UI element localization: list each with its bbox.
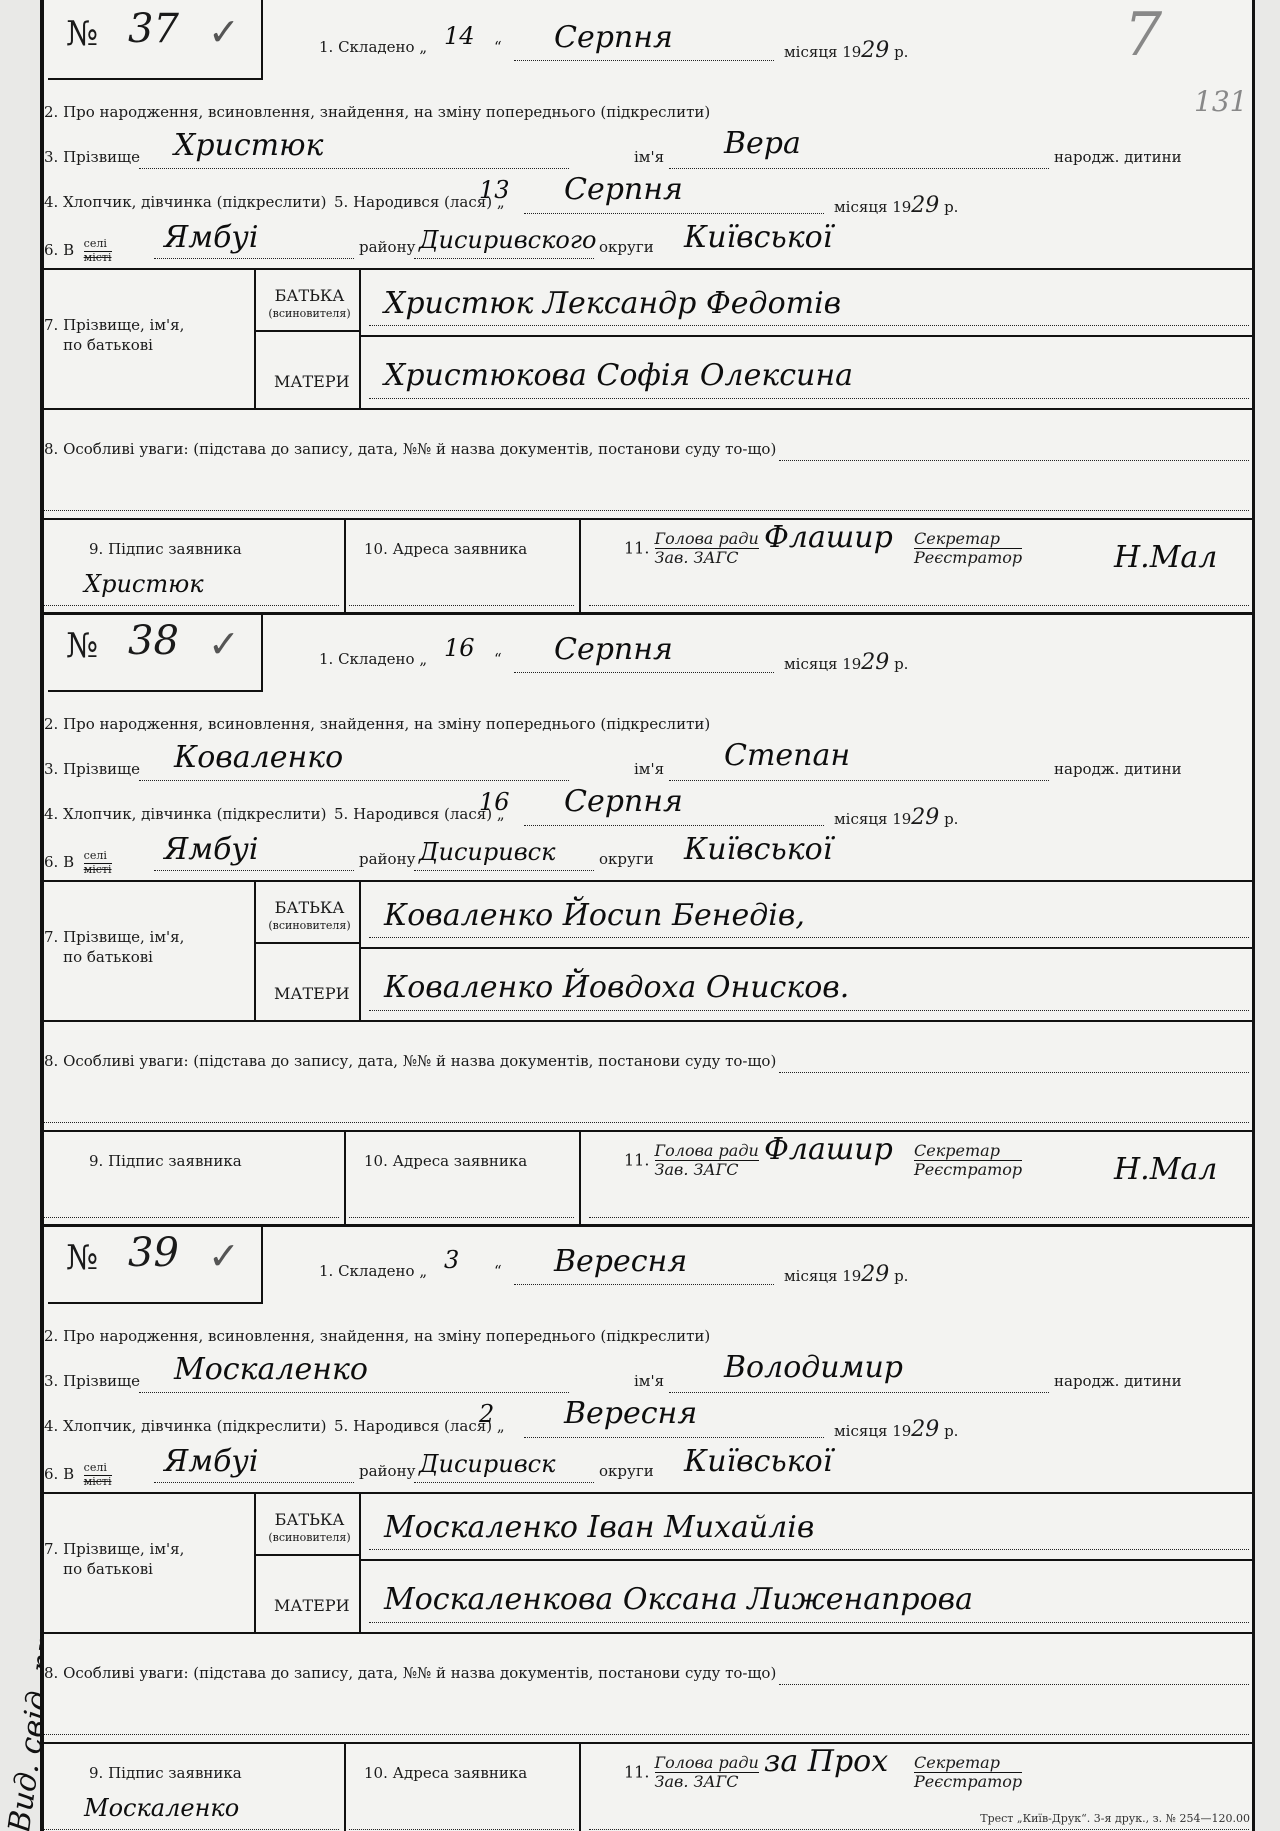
surname: Христюк (174, 128, 323, 163)
mother-label: МАТЕРИ (274, 1596, 350, 1615)
given-name: Вера (724, 126, 801, 161)
birth-month: Вересня (564, 1396, 697, 1431)
f7-label: 7. Прізвище, ім'я, по батькові (44, 1539, 184, 1579)
okrug: Київської (684, 220, 832, 255)
f10-label: 10. Адреса заявника (364, 1764, 527, 1782)
given-name-label: ім'я (634, 760, 664, 778)
birth-month: Серпня (564, 172, 683, 207)
applicant-signature: Христюк (84, 570, 204, 598)
f3-label: 3. Прізвище (44, 1372, 140, 1390)
okrug: Київської (684, 1444, 832, 1479)
f8-label: 8. Особливі уваги: (підстава до запису, … (44, 440, 776, 458)
f8-label: 8. Особливі уваги: (підстава до запису, … (44, 1052, 776, 1070)
f10-label: 10. Адреса заявника (364, 540, 527, 558)
record-number: 37 (128, 6, 179, 52)
check-mark-icon: ✓ (208, 622, 240, 666)
check-mark-icon: ✓ (208, 10, 240, 54)
composed-month: Вересня (554, 1244, 687, 1279)
composed-day: 14 (444, 22, 475, 50)
f7-label: 7. Прізвище, ім'я, по батькові (44, 315, 184, 355)
f1-month-label: місяця 1929 р. (784, 1262, 908, 1287)
mother-label: МАТЕРИ (274, 372, 350, 391)
f3-suffix: народж. дитини (1054, 148, 1182, 166)
f2-label: 2. Про народження, всиновлення, знайденн… (44, 715, 710, 733)
f9-label: 9. Підпис заявника (89, 1152, 242, 1170)
mother-label: МАТЕРИ (274, 984, 350, 1003)
district-label: району (359, 850, 415, 868)
head-signature: за Прох (764, 1744, 888, 1779)
secretary-label: СекретарРеєстратор (914, 530, 1022, 568)
head-signature: Флашир (764, 520, 893, 555)
district: Дисиривского (419, 226, 596, 254)
father-label: БАТЬКА(всиновителя) (262, 1512, 357, 1546)
f4-label: 4. Хлопчик, дівчинка (підкреслити) (44, 193, 326, 211)
mother-name: Коваленко Йовдоха Онисков. (384, 970, 849, 1005)
secretary-label: СекретарРеєстратор (914, 1142, 1022, 1180)
f3-suffix: народж. дитини (1054, 760, 1182, 778)
mother-name: Москаленкова Оксана Лиженапрова (384, 1582, 973, 1617)
okrug-label: округи (599, 238, 654, 256)
father-name: Москаленко Іван Михайлів (384, 1510, 814, 1545)
father-name: Христюк Лександр Федотів (384, 286, 841, 321)
number-sign: № (66, 626, 98, 666)
f3-suffix: народж. дитини (1054, 1372, 1182, 1390)
father-label: БАТЬКА(всиновителя) (262, 900, 357, 934)
f11-label: 11. Голова радиЗав. ЗАГС (624, 1754, 759, 1792)
number-sign: № (66, 1238, 98, 1278)
quote-close: “ (494, 38, 502, 56)
birth-day: 16 (479, 788, 510, 816)
district-label: району (359, 238, 415, 256)
record-number-box: № 39 ✓ (48, 1224, 263, 1304)
f1-month-label: місяця 1929 р. (784, 650, 908, 675)
composed-day: 16 (444, 634, 475, 662)
okrug: Київської (684, 832, 832, 867)
birth-record: № 37 ✓ 1. Складено „ 14 “ Серпня місяця … (44, 0, 1255, 612)
district-label: району (359, 1462, 415, 1480)
birth-month: Серпня (564, 784, 683, 819)
f6-label: 6. В селімісті (44, 1462, 112, 1488)
number-sign: № (66, 14, 98, 54)
f2-label: 2. Про народження, всиновлення, знайденн… (44, 1327, 710, 1345)
birth-record: № 38 ✓ 1. Складено „ 16 “ Серпня місяця … (44, 612, 1255, 1224)
f9-label: 9. Підпис заявника (89, 540, 242, 558)
f1-label: 1. Складено „ (319, 1262, 427, 1280)
f11-label: 11. Голова радиЗав. ЗАГС (624, 530, 759, 568)
f5-month-label: місяця 1929 р. (834, 193, 958, 218)
f4-label: 4. Хлопчик, дівчинка (підкреслити) (44, 1417, 326, 1435)
father-name: Коваленко Йосип Бенедів, (384, 898, 805, 933)
f2-label: 2. Про народження, всиновлення, знайденн… (44, 103, 710, 121)
f3-label: 3. Прізвище (44, 148, 140, 166)
f1-month-label: місяця 1929 р. (784, 38, 908, 63)
record-number-box: № 38 ✓ (48, 612, 263, 692)
f6-label: 6. В селімісті (44, 238, 112, 264)
composed-month: Серпня (554, 20, 673, 55)
record-number: 38 (128, 618, 179, 664)
composed-month: Серпня (554, 632, 673, 667)
f8-label: 8. Особливі уваги: (підстава до запису, … (44, 1664, 776, 1682)
record-number-box: № 37 ✓ (48, 0, 263, 80)
f5-month-label: місяця 1929 р. (834, 805, 958, 830)
secretary-signature: Н.Мал (1114, 540, 1217, 575)
given-name-label: ім'я (634, 1372, 664, 1390)
f5-month-label: місяця 1929 р. (834, 1417, 958, 1442)
okrug-label: округи (599, 850, 654, 868)
village: Ямбуі (164, 832, 258, 867)
quote-close: “ (494, 650, 502, 668)
surname: Москаленко (174, 1352, 368, 1387)
surname: Коваленко (174, 740, 343, 775)
birth-day: 2 (479, 1400, 494, 1428)
printer-imprint: Трест „Київ-Друк“. 3-я друк., з. № 254—1… (980, 1812, 1250, 1825)
record-number: 39 (128, 1230, 179, 1276)
f9-label: 9. Підпис заявника (89, 1764, 242, 1782)
secretary-signature: Н.Мал (1114, 1152, 1217, 1187)
father-label: БАТЬКА(всиновителя) (262, 288, 357, 322)
quote-close: “ (494, 1262, 502, 1280)
secretary-label: СекретарРеєстратор (914, 1754, 1022, 1792)
okrug-label: округи (599, 1462, 654, 1480)
f11-label: 11. Голова радиЗав. ЗАГС (624, 1142, 759, 1180)
district: Дисиривск (419, 1450, 555, 1478)
district: Дисиривск (419, 838, 555, 866)
village: Ямбуі (164, 1444, 258, 1479)
given-name: Степан (724, 738, 850, 773)
f4-label: 4. Хлопчик, дівчинка (підкреслити) (44, 805, 326, 823)
f6-label: 6. В селімісті (44, 850, 112, 876)
applicant-signature: Москаленко (84, 1794, 239, 1822)
head-signature: Флашир (764, 1132, 893, 1167)
birth-day: 13 (479, 176, 510, 204)
mother-name: Христюкова Софія Олексина (384, 358, 853, 393)
f1-label: 1. Складено „ (319, 38, 427, 56)
birth-record: № 39 ✓ 1. Складено „ 3 “ Вересня місяця … (44, 1224, 1255, 1831)
given-name-label: ім'я (634, 148, 664, 166)
f7-label: 7. Прізвище, ім'я, по батькові (44, 927, 184, 967)
f10-label: 10. Адреса заявника (364, 1152, 527, 1170)
f1-label: 1. Складено „ (319, 650, 427, 668)
f3-label: 3. Прізвище (44, 760, 140, 778)
composed-day: 3 (444, 1246, 459, 1274)
village: Ямбуі (164, 220, 258, 255)
given-name: Володимир (724, 1350, 903, 1385)
check-mark-icon: ✓ (208, 1234, 240, 1278)
